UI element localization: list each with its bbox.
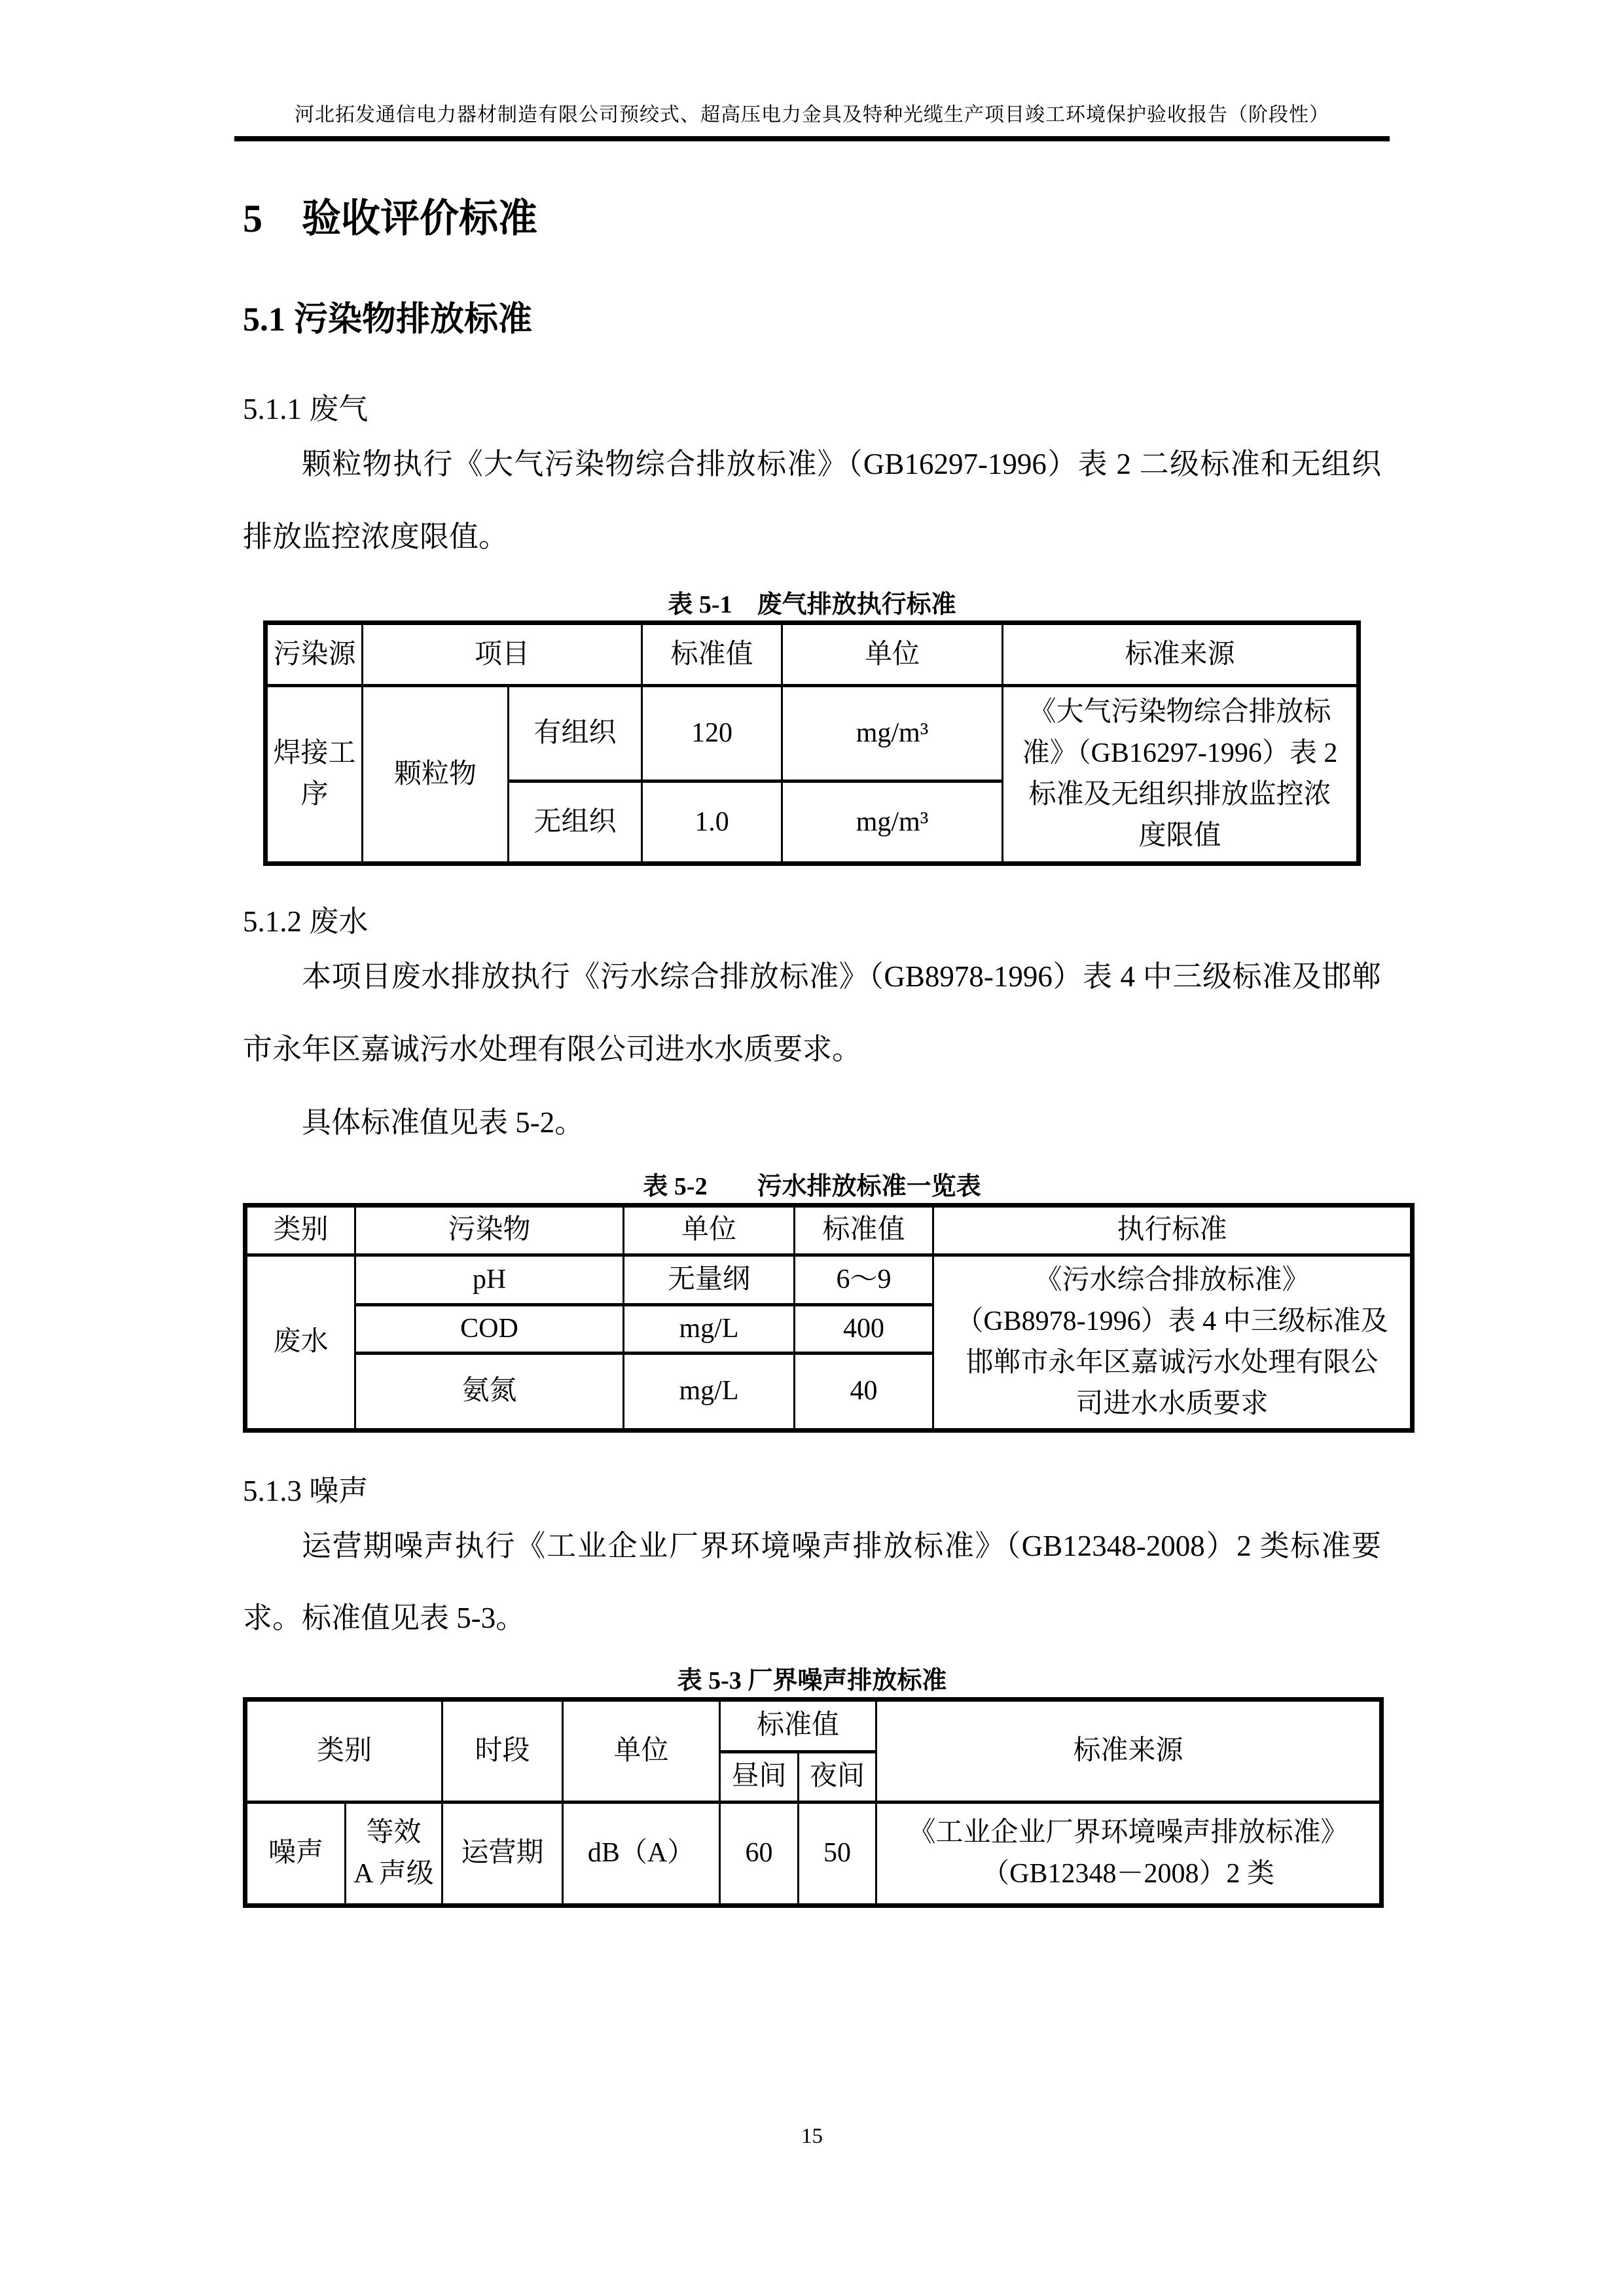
- t2-cell-nh3-name: 氨氮: [355, 1353, 624, 1430]
- t2-cell-cod-unit: mg/L: [624, 1304, 795, 1353]
- t2-cell-basis: 《污水综合排放标准》 （GB8978-1996）表 4 中三级标准及 邯郸市永年…: [933, 1255, 1413, 1430]
- t2-header-category: 类别: [245, 1205, 355, 1255]
- t3-cell-night: 50: [799, 1802, 876, 1905]
- t1-cell-pollutant: 颗粒物: [362, 686, 508, 864]
- paragraph-waste-gas: 颗粒物执行《大气污染物综合排放标准》（GB16297-1996）表 2 二级标准…: [243, 428, 1381, 573]
- table-5-2-title: 表 5-2 污水排放标准一览表: [243, 1172, 1381, 1203]
- t2-cell-category: 废水: [245, 1255, 355, 1430]
- t1-cell-mode-organized: 有组织: [508, 686, 641, 781]
- table-5-2: 类别 污染物 单位 标准值 执行标准 废水 pH 无量纲 6～9 《污水综合排放…: [243, 1203, 1415, 1433]
- t1-cell-mode-unorganized: 无组织: [508, 781, 641, 864]
- section-heading-5-1: 5.1 污染物排放标准: [243, 300, 1381, 340]
- t2-cell-nh3-unit: mg/L: [624, 1353, 795, 1430]
- t2-header-basis: 执行标准: [933, 1205, 1413, 1255]
- table-5-1-header-row: 污染源 项目 标准值 单位 标准来源: [265, 623, 1358, 686]
- section-heading-5-1-3: 5.1.3 噪声: [243, 1473, 1381, 1509]
- t3-cell-day: 60: [720, 1802, 799, 1905]
- t3-header-value: 标准值: [720, 1699, 876, 1751]
- t2-cell-cod-value: 400: [795, 1304, 933, 1353]
- t2-header-unit: 单位: [624, 1205, 795, 1255]
- t2-cell-nh3-value: 40: [795, 1353, 933, 1430]
- table-5-1-title: 表 5-1 废气排放执行标准: [243, 590, 1381, 621]
- t1-header-unit: 单位: [782, 623, 1003, 686]
- section-heading-5-1-2: 5.1.2 废水: [243, 904, 1381, 939]
- t3-cell-unit: dB（A）: [563, 1802, 720, 1905]
- running-header: 河北拓发通信电力器材制造有限公司预绞式、超高压电力金具及特种光缆生产项目竣工环境…: [0, 0, 1624, 141]
- t1-header-basis: 标准来源: [1003, 623, 1359, 686]
- t2-cell-ph-name: pH: [355, 1255, 624, 1304]
- t1-cell-value-organized: 120: [642, 686, 782, 781]
- t3-cell-type: 等效 A 声级: [346, 1802, 442, 1905]
- t1-cell-basis: 《大气污染物综合排放标 准》（GB16297-1996）表 2 标准及无组织排放…: [1003, 686, 1359, 864]
- table-row: 焊接工 序 颗粒物 有组织 120 mg/m³ 《大气污染物综合排放标 准》（G…: [265, 686, 1358, 781]
- section-heading-5-1-1: 5.1.1 废气: [243, 391, 1381, 427]
- t3-header-night: 夜间: [799, 1751, 876, 1802]
- t1-cell-source: 焊接工 序: [265, 686, 362, 864]
- t1-header-source: 污染源: [265, 623, 362, 686]
- table-5-2-header-row: 类别 污染物 单位 标准值 执行标准: [245, 1205, 1413, 1255]
- page-content: 5 验收评价标准 5.1 污染物排放标准 5.1.1 废气 颗粒物执行《大气污染…: [243, 195, 1381, 1908]
- paragraph-waste-water-note: 具体标准值见表 5-2。: [243, 1086, 1381, 1158]
- t3-header-day: 昼间: [720, 1751, 799, 1802]
- table-5-3: 类别 时段 单位 标准值 标准来源 昼间 夜间 噪声 等效 A 声级 运营期 d…: [243, 1697, 1384, 1908]
- t3-cell-category: 噪声: [245, 1802, 346, 1905]
- table-5-3-header-row-1: 类别 时段 单位 标准值 标准来源: [245, 1699, 1382, 1751]
- table-row: 噪声 等效 A 声级 运营期 dB（A） 60 50 《工业企业厂界环境噪声排放…: [245, 1802, 1382, 1905]
- t3-header-basis: 标准来源: [876, 1699, 1382, 1802]
- section-heading-5: 5 验收评价标准: [243, 195, 1381, 242]
- t1-cell-unit-organized: mg/m³: [782, 686, 1003, 781]
- t2-header-value: 标准值: [795, 1205, 933, 1255]
- t1-cell-value-unorganized: 1.0: [642, 781, 782, 864]
- t2-cell-cod-name: COD: [355, 1304, 624, 1353]
- table-row: 废水 pH 无量纲 6～9 《污水综合排放标准》 （GB8978-1996）表 …: [245, 1255, 1413, 1304]
- document-page: 河北拓发通信电力器材制造有限公司预绞式、超高压电力金具及特种光缆生产项目竣工环境…: [0, 0, 1624, 2296]
- t2-cell-ph-unit: 无量纲: [624, 1255, 795, 1304]
- table-5-1: 污染源 项目 标准值 单位 标准来源 焊接工 序 颗粒物 有组织 120 mg/…: [263, 620, 1361, 866]
- header-rule: [234, 136, 1390, 141]
- t3-header-category: 类别: [245, 1699, 442, 1802]
- t3-cell-basis: 《工业企业厂界环境噪声排放标准》 （GB12348－2008）2 类: [876, 1802, 1382, 1905]
- t3-cell-period: 运营期: [442, 1802, 563, 1905]
- t3-header-unit: 单位: [563, 1699, 720, 1802]
- t2-cell-ph-value: 6～9: [795, 1255, 933, 1304]
- page-number: 15: [0, 2125, 1624, 2149]
- t1-header-value: 标准值: [642, 623, 782, 686]
- t1-cell-unit-unorganized: mg/m³: [782, 781, 1003, 864]
- t2-header-pollutant: 污染物: [355, 1205, 624, 1255]
- t1-header-item: 项目: [362, 623, 641, 686]
- running-header-title: 河北拓发通信电力器材制造有限公司预绞式、超高压电力金具及特种光缆生产项目竣工环境…: [0, 98, 1624, 127]
- table-5-3-title: 表 5-3 厂界噪声排放标准: [243, 1666, 1381, 1697]
- paragraph-waste-water: 本项目废水排放执行《污水综合排放标准》（GB8978-1996）表 4 中三级标…: [243, 941, 1381, 1085]
- t3-header-period: 时段: [442, 1699, 563, 1802]
- paragraph-noise: 运营期噪声执行《工业企业厂界环境噪声排放标准》（GB12348-2008）2 类…: [243, 1510, 1381, 1655]
